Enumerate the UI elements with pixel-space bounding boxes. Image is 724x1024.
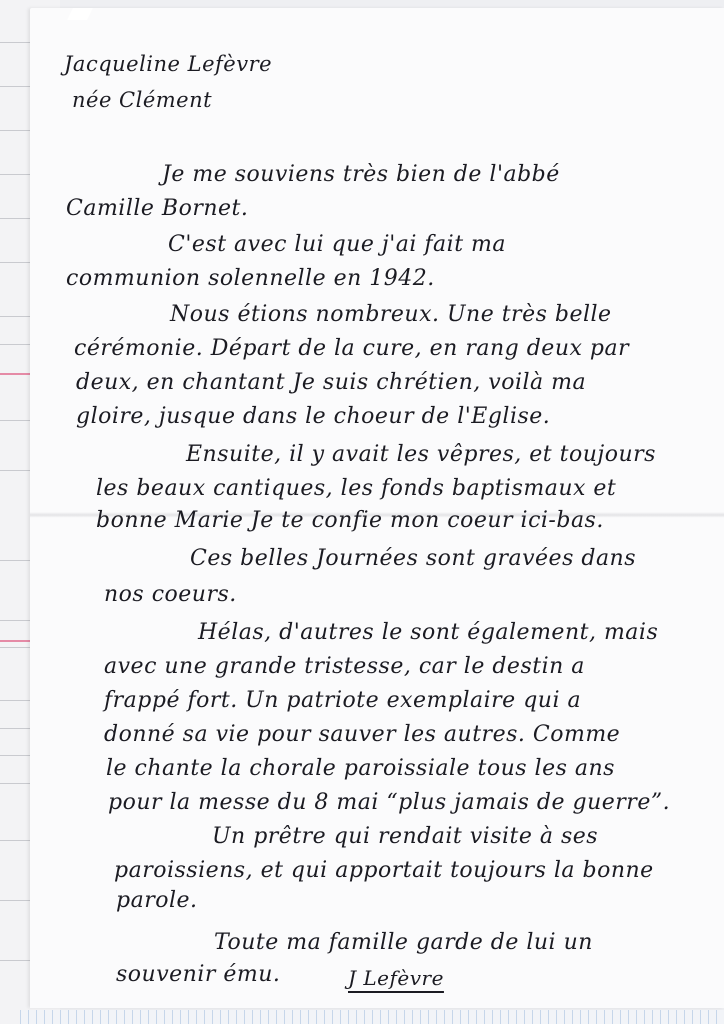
letter-line: donné sa vie pour sauver les autres. Com… (104, 722, 620, 747)
bottom-ruled-strip (20, 1010, 724, 1024)
letter-line: deux, en chantant Je suis chrétien, voil… (76, 370, 586, 395)
letter-line: frappé fort. Un patriote exemplaire qui … (104, 688, 581, 713)
letter-line: le chante la chorale paroissiale tous le… (106, 756, 615, 781)
signature: J Lefèvre (348, 966, 444, 990)
letter-line: Ces belles Journées sont gravées dans (190, 546, 636, 571)
letter-line: cérémonie. Départ de la cure, en rang de… (74, 336, 629, 361)
letter-line: nos coeurs. (104, 582, 237, 607)
letter-line: paroissiens, et qui apportait toujours l… (114, 858, 654, 883)
letter-line: Un prêtre qui rendait visite à ses (212, 824, 598, 849)
author-name: Jacqueline Lefèvre (64, 52, 272, 76)
letter-line: C'est avec lui que j'ai fait ma (168, 232, 506, 257)
letter-line: Ensuite, il y avait les vêpres, et toujo… (186, 442, 656, 467)
folded-corner (67, 8, 93, 20)
letter-line: Camille Bornet. (66, 196, 248, 221)
letter-line: communion solennelle en 1942. (66, 266, 435, 291)
letter-line: Toute ma famille garde de lui un (214, 930, 593, 955)
letter-line: souvenir ému. (116, 962, 280, 987)
letter-line: Je me souviens très bien de l'abbé (162, 162, 560, 187)
letter-line: les beaux cantiques, les fonds baptismau… (96, 476, 616, 501)
letter-line: gloire, jusque dans le choeur de l'Eglis… (76, 404, 550, 429)
letter-line: bonne Marie Je te confie mon coeur ici-b… (96, 508, 604, 533)
author-maiden-name: née Clément (72, 88, 212, 112)
letter-line: Nous étions nombreux. Une très belle (170, 302, 612, 327)
letter-line: pour la messe du 8 mai “plus jamais de g… (108, 790, 670, 815)
letter-line: avec une grande tristesse, car le destin… (104, 654, 585, 679)
letter-sheet: Jacqueline Lefèvre née Clément Je me sou… (30, 8, 724, 1008)
letter-line: parole. (116, 888, 198, 913)
letter-line: Hélas, d'autres le sont également, mais (198, 620, 658, 645)
